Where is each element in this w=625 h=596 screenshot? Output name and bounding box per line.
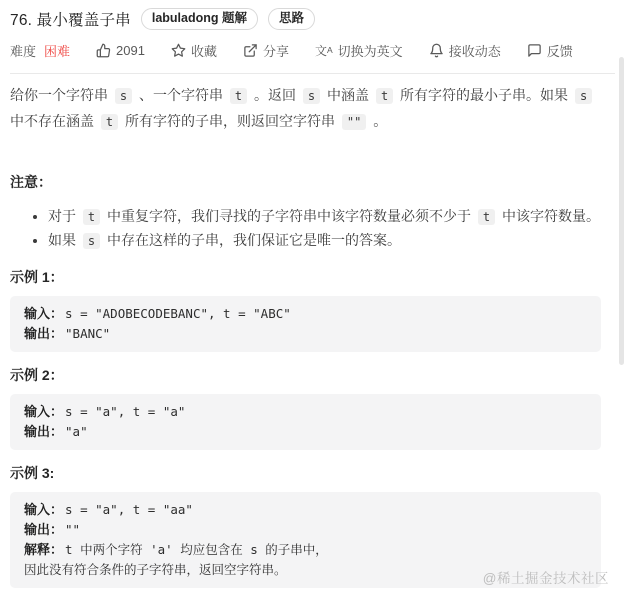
inline-code-chip: s [303, 88, 320, 104]
text-segment: 。返回 [250, 87, 300, 103]
share-label: 分享 [263, 41, 289, 60]
inline-code-chip: t [230, 88, 247, 104]
code-line: 输出："" [24, 520, 587, 540]
code-line-label: 解释： [24, 542, 63, 557]
code-line-label: 输入： [24, 404, 63, 419]
note-item: 对于 t 中重复字符，我们寻找的子字符串中该字符数量必须不少于 t 中该字符数量… [48, 205, 601, 229]
like-count: 2091 [116, 43, 145, 58]
feedback-button[interactable]: 反馈 [527, 41, 573, 60]
text-segment: 、一个字符串 [135, 87, 227, 103]
text-segment: s = "ADOBECODEBANC", t = "ABC" [65, 306, 291, 321]
example-1-heading: 示例 1： [10, 268, 601, 286]
code-line: 输入：s = "a", t = "aa" [24, 500, 587, 520]
header-divider [10, 73, 615, 74]
code-line: 输出："BANC" [24, 324, 587, 344]
text-segment: 如果 [48, 232, 80, 248]
inline-code-chip: t [101, 114, 118, 130]
subscribe-button[interactable]: 接收动态 [429, 41, 501, 60]
star-icon [171, 43, 186, 58]
text-segment: 因此没有符合条件的子字符串，返回空字符串。 [24, 562, 287, 577]
text-segment: 所有字符的子串，则返回空字符串 [121, 113, 339, 129]
share-button[interactable]: 分享 [243, 41, 289, 60]
problem-title: 76. 最小覆盖子串 [10, 8, 131, 30]
text-segment: t 中两个字符 'a' 均应包含在 s 的子串中， [65, 542, 328, 557]
notes-list: 对于 t 中重复字符，我们寻找的子字符串中该字符数量必须不少于 t 中该字符数量… [10, 205, 601, 252]
text-segment: "a" [65, 424, 88, 439]
badge-labuladong-solution[interactable]: labuladong 题解 [141, 8, 258, 30]
inline-code-chip: s [83, 233, 100, 249]
text-segment: 中不存在涵盖 [10, 113, 98, 129]
example-2-code-block: 输入：s = "a", t = "a"输出："a" [10, 394, 601, 450]
favorite-label: 收藏 [191, 41, 217, 60]
code-line: 输出："a" [24, 422, 587, 442]
text-segment: 中该字符数量。 [498, 208, 600, 224]
inline-code-chip: "" [342, 114, 366, 130]
inline-code-chip: s [115, 88, 132, 104]
title-row: 76. 最小覆盖子串 labuladong 题解 思路 [10, 8, 625, 30]
example-1-code-block: 输入：s = "ADOBECODEBANC", t = "ABC"输出："BAN… [10, 296, 601, 352]
note-item: 如果 s 中存在这样的子串，我们保证它是唯一的答案。 [48, 229, 601, 253]
text-segment: 中重复字符，我们寻找的子字符串中该字符数量必须不少于 [103, 208, 475, 224]
text-segment: "BANC" [65, 326, 110, 341]
switch-language-button[interactable]: 文A 切换为英文 [315, 41, 403, 60]
text-segment: "" [65, 522, 80, 537]
code-line-label: 输出： [24, 326, 63, 341]
code-line-label: 输出： [24, 522, 63, 537]
badge-idea[interactable]: 思路 [268, 8, 315, 30]
feedback-label: 反馈 [547, 41, 573, 60]
problem-description: 给你一个字符串 s 、一个字符串 t 。返回 s 中涵盖 t 所有字符的最小子串… [10, 83, 625, 588]
example-3-heading: 示例 3: [10, 464, 601, 482]
text-segment: 所有字符的最小子串。如果 [396, 87, 572, 103]
feedback-icon [527, 43, 542, 58]
code-line: 解释：t 中两个字符 'a' 均应包含在 s 的子串中， [24, 540, 587, 560]
meta-toolbar: 难度 困难 2091 收藏 分享 [10, 41, 625, 60]
code-line: 输入：s = "a", t = "a" [24, 402, 587, 422]
like-button[interactable]: 2091 [96, 43, 145, 58]
text-segment: 中涵盖 [323, 87, 373, 103]
bell-icon [429, 43, 444, 58]
text-segment: 中存在这样的子串，我们保证它是唯一的答案。 [103, 232, 401, 248]
note-heading: 注意： [10, 172, 601, 192]
inline-code-chip: t [376, 88, 393, 104]
difficulty-badge: 困难 [44, 41, 70, 60]
text-segment: 给你一个字符串 [10, 87, 112, 103]
code-line-label: 输出： [24, 424, 63, 439]
switch-language-label: 切换为英文 [338, 41, 403, 60]
code-line-label: 输入： [24, 502, 63, 517]
share-icon [243, 43, 258, 58]
code-line: 输入：s = "ADOBECODEBANC", t = "ABC" [24, 304, 587, 324]
problem-page: 76. 最小覆盖子串 labuladong 题解 思路 难度 困难 2091 收… [0, 0, 625, 596]
inline-code-chip: s [575, 88, 592, 104]
text-segment: s = "a", t = "a" [65, 404, 185, 419]
language-switch-icon: 文A [315, 45, 333, 57]
text-segment: 。 [369, 113, 387, 129]
text-segment: s = "a", t = "aa" [65, 502, 193, 517]
example-2-heading: 示例 2： [10, 366, 601, 384]
inline-code-chip: t [83, 209, 100, 225]
thumb-up-icon [96, 43, 111, 58]
scrollbar-thumb[interactable] [619, 57, 624, 365]
favorite-button[interactable]: 收藏 [171, 41, 217, 60]
code-line-label: 输入： [24, 306, 63, 321]
text-segment: 对于 [48, 208, 80, 224]
description-paragraph: 给你一个字符串 s 、一个字符串 t 。返回 s 中涵盖 t 所有字符的最小子串… [10, 83, 601, 135]
difficulty: 难度 困难 [10, 41, 70, 60]
watermark: @稀土掘金技术社区 [483, 567, 609, 587]
problem-header: 76. 最小覆盖子串 labuladong 题解 思路 难度 困难 2091 收… [10, 8, 625, 60]
difficulty-label: 难度 [10, 41, 36, 60]
inline-code-chip: t [478, 209, 495, 225]
subscribe-label: 接收动态 [449, 41, 501, 60]
